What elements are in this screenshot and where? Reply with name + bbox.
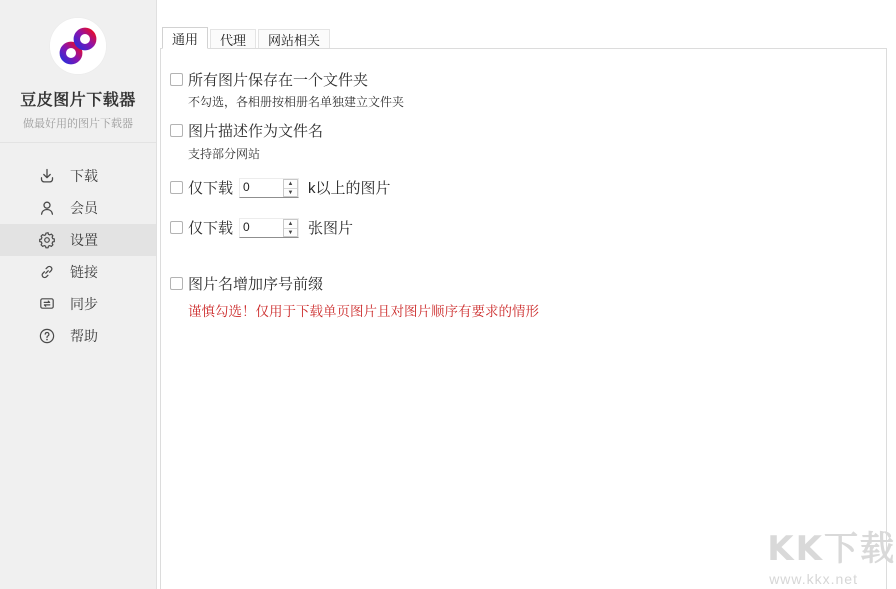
min-size-suffix: k以上的图片	[308, 177, 391, 198]
desc-as-filename-checkbox[interactable]	[170, 124, 183, 137]
sidebar-item-member[interactable]: 会员	[0, 192, 156, 224]
sidebar-item-label: 同步	[70, 294, 98, 314]
download-icon	[38, 167, 56, 185]
sidebar-divider	[0, 142, 156, 143]
desc-as-filename-label: 图片描述作为文件名	[188, 120, 323, 141]
min-size-value[interactable]: 0	[240, 179, 283, 197]
min-size-spin-buttons: ▲ ▼	[283, 179, 298, 197]
settings-tabs: 通用 代理 网站相关	[162, 27, 332, 48]
setting-max-count: 仅下载 0 ▲ ▼ 张图片	[170, 217, 353, 238]
save-one-folder-checkbox[interactable]	[170, 73, 183, 86]
max-count-suffix: 张图片	[308, 217, 353, 238]
app-tagline: 做最好用的图片下载器	[0, 115, 156, 131]
min-size-checkbox[interactable]	[170, 181, 183, 194]
spin-down-icon[interactable]: ▼	[284, 189, 297, 197]
sidebar-item-label: 设置	[70, 230, 98, 250]
app-name: 豆皮图片下载器	[0, 87, 156, 110]
spin-down-icon[interactable]: ▼	[284, 229, 297, 237]
sidebar-item-download[interactable]: 下载	[0, 160, 156, 192]
app-logo-icon	[50, 18, 106, 74]
sidebar-menu: 下载 会员 设置 链接 同步	[0, 160, 156, 352]
min-size-prefix: 仅下载	[188, 177, 233, 198]
settings-panel: 通用 代理 网站相关 所有图片保存在一个文件夹 不勾选，各相册按相册名单独建立文…	[157, 0, 896, 589]
sidebar-item-sync[interactable]: 同步	[0, 288, 156, 320]
sidebar: 豆皮图片下载器 做最好用的图片下载器 下载 会员 设置 链接	[0, 0, 157, 589]
sidebar-item-label: 下载	[70, 166, 98, 186]
sidebar-item-label: 会员	[70, 198, 98, 218]
save-one-folder-note: 不勾选，各相册按相册名单独建立文件夹	[188, 93, 404, 110]
setting-desc-as-filename: 图片描述作为文件名	[170, 120, 323, 141]
tab-general[interactable]: 通用	[162, 27, 208, 49]
sidebar-item-label: 帮助	[70, 326, 98, 346]
link-icon	[38, 263, 56, 281]
setting-seq-prefix: 图片名增加序号前缀	[170, 273, 323, 294]
setting-min-size: 仅下载 0 ▲ ▼ k以上的图片	[170, 177, 391, 198]
max-count-value[interactable]: 0	[240, 219, 283, 237]
tab-proxy[interactable]: 代理	[210, 29, 256, 48]
spin-up-icon[interactable]: ▲	[284, 220, 297, 229]
max-count-spin-buttons: ▲ ▼	[283, 219, 298, 237]
desc-as-filename-note: 支持部分网站	[188, 145, 260, 162]
sidebar-item-links[interactable]: 链接	[0, 256, 156, 288]
tab-website[interactable]: 网站相关	[258, 29, 330, 48]
max-count-checkbox[interactable]	[170, 221, 183, 234]
max-count-prefix: 仅下载	[188, 217, 233, 238]
sidebar-item-settings[interactable]: 设置	[0, 224, 156, 256]
sync-icon	[38, 295, 56, 313]
sidebar-item-label: 链接	[70, 262, 98, 282]
setting-save-one-folder: 所有图片保存在一个文件夹	[170, 69, 368, 90]
seq-prefix-checkbox[interactable]	[170, 277, 183, 290]
tab-page-general: 所有图片保存在一个文件夹 不勾选，各相册按相册名单独建立文件夹 图片描述作为文件…	[161, 49, 886, 589]
spin-up-icon[interactable]: ▲	[284, 180, 297, 189]
save-one-folder-label: 所有图片保存在一个文件夹	[188, 69, 368, 90]
sidebar-item-help[interactable]: 帮助	[0, 320, 156, 352]
seq-prefix-label: 图片名增加序号前缀	[188, 273, 323, 294]
app-logo-area: 豆皮图片下载器 做最好用的图片下载器	[0, 0, 156, 131]
max-count-spinner[interactable]: 0 ▲ ▼	[239, 218, 299, 238]
user-icon	[38, 199, 56, 217]
help-icon	[38, 327, 56, 345]
gear-icon	[38, 231, 56, 249]
seq-prefix-warning: 谨慎勾选！仅用于下载单页图片且对图片顺序有要求的情形	[188, 300, 539, 320]
min-size-spinner[interactable]: 0 ▲ ▼	[239, 178, 299, 198]
